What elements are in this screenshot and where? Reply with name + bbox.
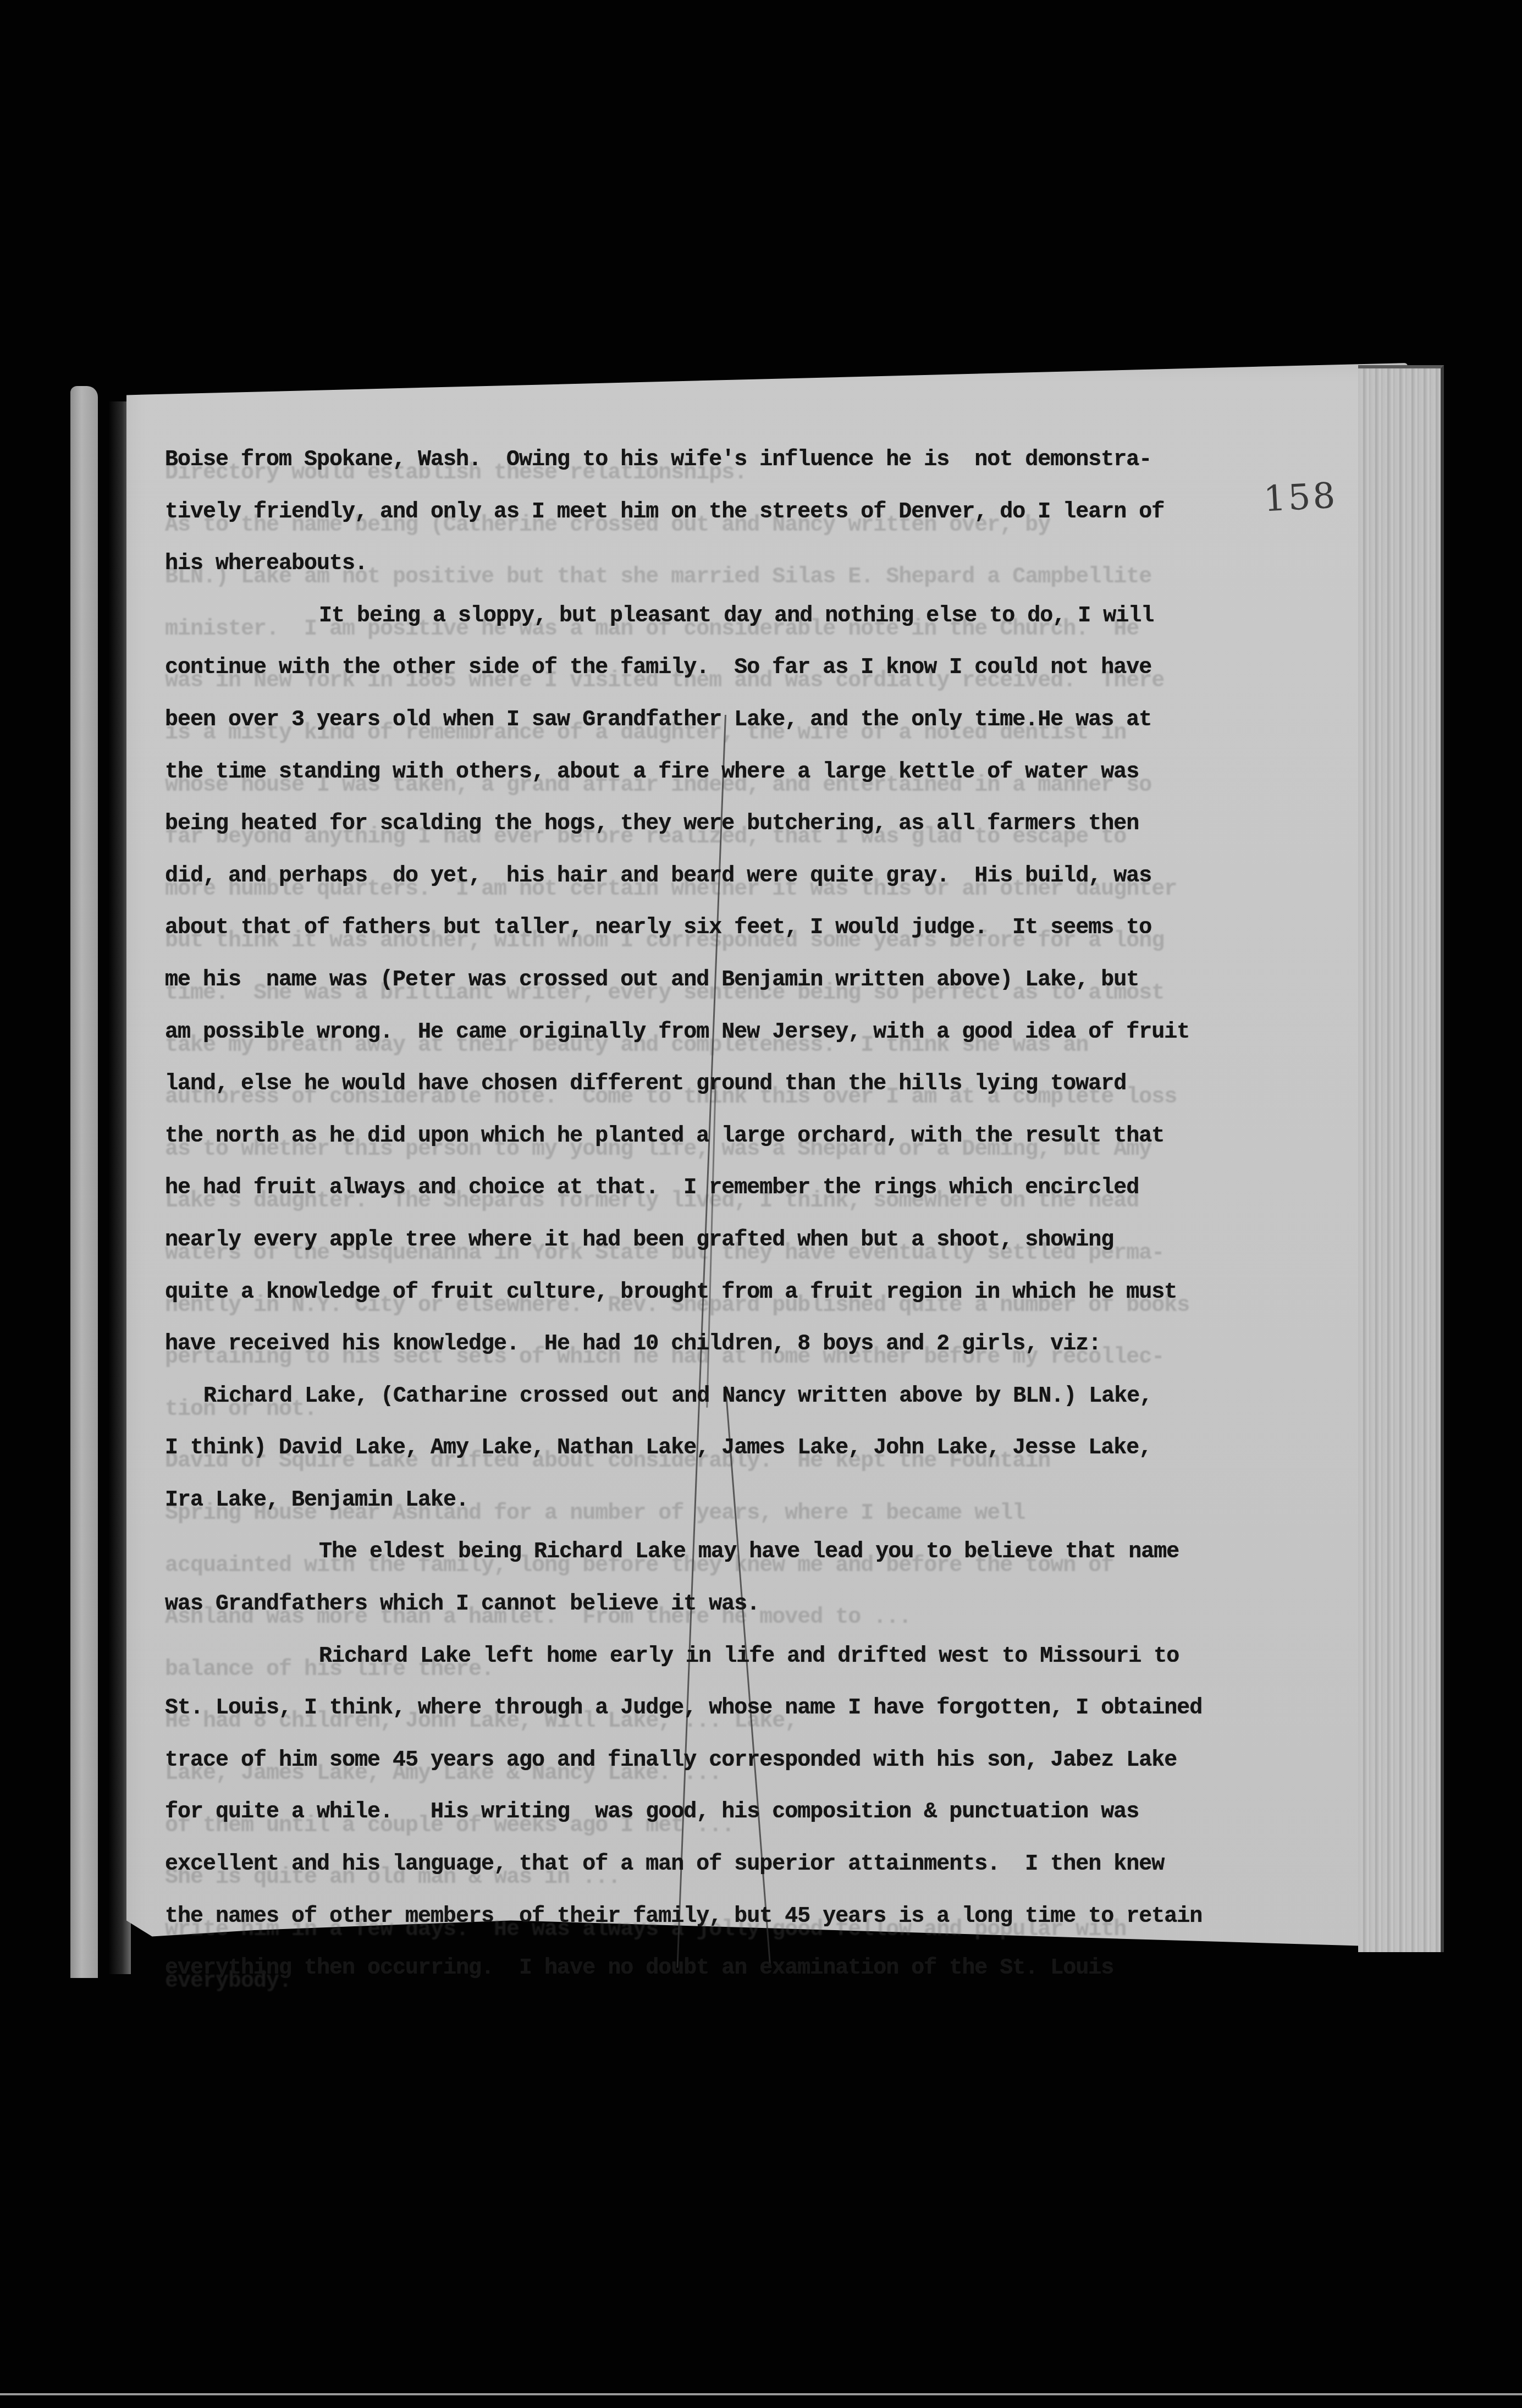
text-line: the north as he did upon which he plante… (165, 1111, 1320, 1163)
text-line: St. Louis, I think, where through a Judg… (165, 1683, 1320, 1735)
text-line: trace of him some 45 years ago and final… (165, 1735, 1320, 1787)
typewritten-body: Boise from Spokane, Wash. Owing to his w… (165, 434, 1320, 1995)
text-line: everything then occurring. I have no dou… (165, 1943, 1320, 1995)
text-line: about that of fathers but taller, nearly… (165, 902, 1320, 955)
text-line: being heated for scalding the hogs, they… (165, 798, 1320, 851)
text-line: did, and perhaps do yet, his hair and be… (165, 851, 1320, 903)
text-line: for quite a while. His writing was good,… (165, 1787, 1320, 1839)
text-line: excellent and his language, that of a ma… (165, 1839, 1320, 1891)
text-line: the names of other members of their fami… (165, 1891, 1320, 1943)
text-line: The eldest being Richard Lake may have l… (165, 1527, 1320, 1579)
text-line: quite a knowledge of fruit culture, brou… (165, 1267, 1320, 1319)
text-line: am possible wrong. He came originally fr… (165, 1007, 1320, 1059)
text-line: land, else he would have chosen differen… (165, 1059, 1320, 1111)
text-line: have received his knowledge. He had 10 c… (165, 1319, 1320, 1371)
text-line: It being a sloppy, but pleasant day and … (165, 591, 1320, 643)
page-stack-edges (1358, 365, 1444, 1952)
text-line: Richard Lake, (Catharine crossed out and… (165, 1371, 1320, 1423)
text-line: tively friendly, and only as I meet him … (165, 487, 1320, 539)
text-line: his whereabouts. (165, 538, 1320, 591)
text-line: I think) David Lake, Amy Lake, Nathan La… (165, 1423, 1320, 1475)
text-line: Richard Lake left home early in life and… (165, 1631, 1320, 1683)
left-page-edge (70, 386, 98, 1978)
text-line: he had fruit always and choice at that. … (165, 1162, 1320, 1215)
scan-bottom-rule (0, 2393, 1522, 2395)
text-line: nearly every apple tree where it had bee… (165, 1215, 1320, 1267)
text-line: the time standing with others, about a f… (165, 747, 1320, 799)
text-line: me his name was (Peter was crossed out a… (165, 955, 1320, 1007)
text-line: Ira Lake, Benjamin Lake. (165, 1475, 1320, 1527)
text-line: Boise from Spokane, Wash. Owing to his w… (165, 434, 1320, 487)
text-line: been over 3 years old when I saw Grandfa… (165, 695, 1320, 747)
text-line: was Grandfathers which I cannot believe … (165, 1579, 1320, 1631)
text-line: continue with the other side of the fami… (165, 642, 1320, 695)
